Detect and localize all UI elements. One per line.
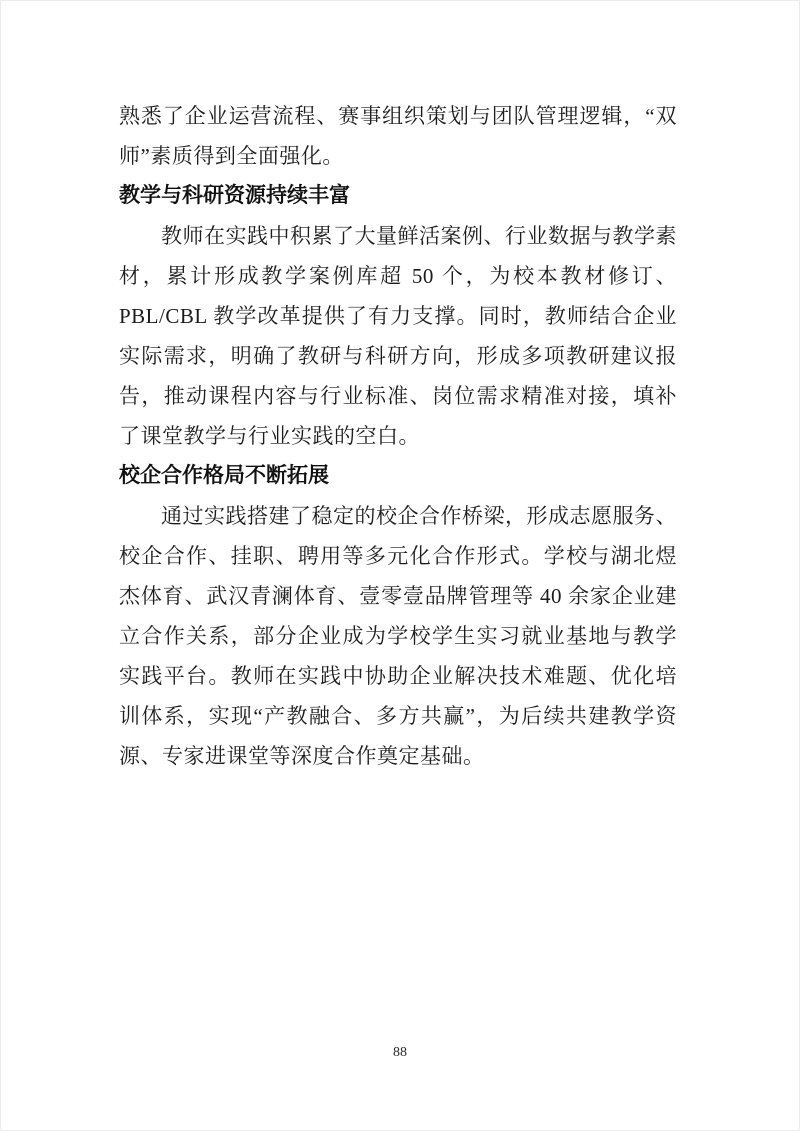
- section-heading-cooperation: 校企合作格局不断拓展: [119, 456, 677, 496]
- document-body: 熟悉了企业运营流程、赛事组织策划与团队管理逻辑，“双师”素质得到全面强化。 教学…: [119, 96, 677, 776]
- paragraph-continuation: 熟悉了企业运营流程、赛事组织策划与团队管理逻辑，“双师”素质得到全面强化。: [119, 96, 677, 176]
- page-number: 88: [393, 1045, 407, 1060]
- document-page: 熟悉了企业运营流程、赛事组织策划与团队管理逻辑，“双师”素质得到全面强化。 教学…: [0, 0, 800, 1131]
- section-heading-teaching-research: 教学与科研资源持续丰富: [119, 176, 677, 216]
- paragraph-teaching-research: 教师在实践中积累了大量鲜活案例、行业数据与教学素材，累计形成教学案例库超 50 …: [119, 216, 677, 456]
- page-footer: 88: [1, 1043, 799, 1061]
- paragraph-cooperation: 通过实践搭建了稳定的校企合作桥梁，形成志愿服务、校企合作、挂职、聘用等多元化合作…: [119, 496, 677, 776]
